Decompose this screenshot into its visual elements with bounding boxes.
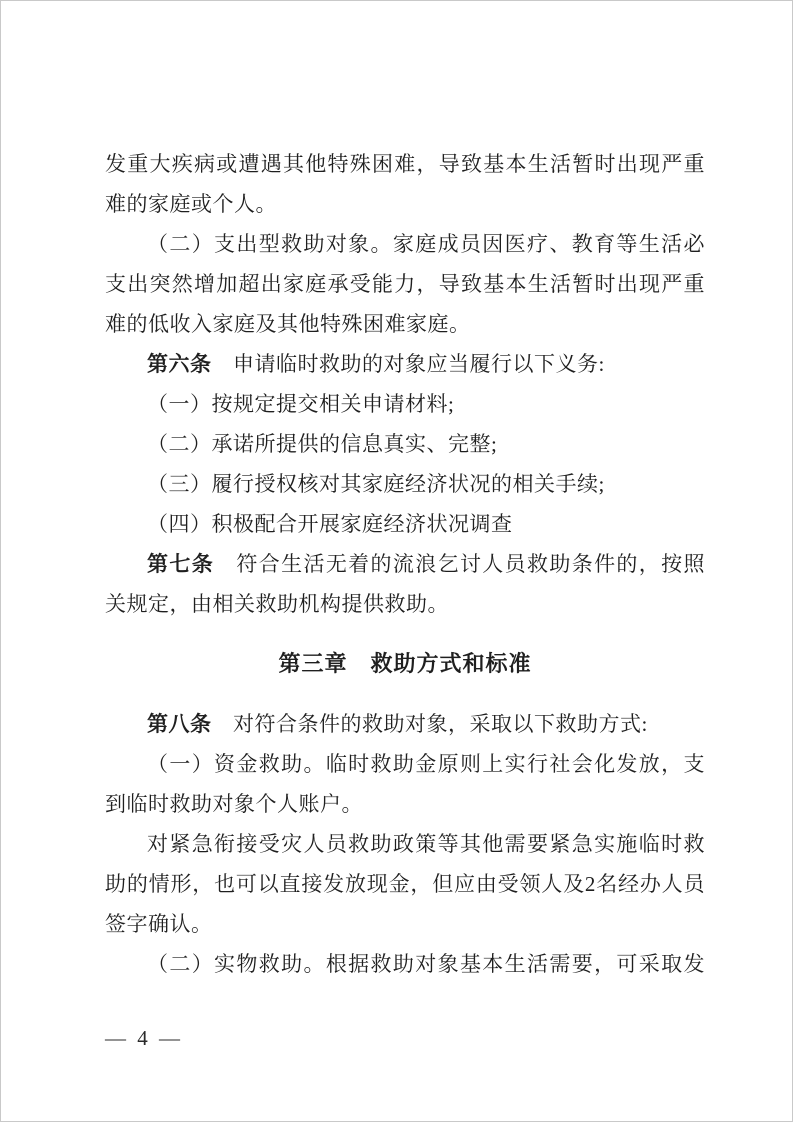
text-run: 对符合条件的救助对象，采取以下救助方式:	[212, 712, 648, 736]
text-run: （一）资金救助。临时救助金原则上实行社会化发放，支付	[105, 752, 705, 784]
text-run: 发重大疾病或遭遇其他特殊困难，导致基本生活暂时出现严重困	[105, 152, 705, 184]
document-line: 难的低收入家庭及其他特殊困难家庭。	[105, 304, 705, 344]
text-run: 到临时救助对象个人账户。	[105, 792, 363, 816]
text-run: 关规定，由相关救助机构提供救助。	[105, 592, 449, 616]
text-run: 申请临时救助的对象应当履行以下义务:	[212, 352, 605, 376]
document-line: （二）支出型救助对象。家庭成员因医疗、教育等生活必需	[105, 224, 705, 264]
document-line: 关规定，由相关救助机构提供救助。	[105, 584, 705, 624]
text-run: 难的家庭或个人。	[105, 192, 277, 216]
document-page: 发重大疾病或遭遇其他特殊困难，导致基本生活暂时出现严重困难的家庭或个人。（二）支…	[0, 0, 793, 1122]
document-line: 到临时救助对象个人账户。	[105, 784, 705, 824]
text-run: （三）履行授权核对其家庭经济状况的相关手续;	[147, 472, 605, 496]
chapter-heading: 第三章 救助方式和标准	[105, 644, 705, 684]
document-body: 发重大疾病或遭遇其他特殊困难，导致基本生活暂时出现严重困难的家庭或个人。（二）支…	[105, 144, 705, 984]
document-line: （一）资金救助。临时救助金原则上实行社会化发放，支付	[105, 744, 705, 784]
document-line: 难的家庭或个人。	[105, 184, 705, 224]
article-number: 第七条	[147, 553, 214, 576]
text-run: （二）支出型救助对象。家庭成员因医疗、教育等生活必需	[105, 232, 705, 264]
document-line: （一）按规定提交相关申请材料;	[105, 384, 705, 424]
chapter-heading-text: 第三章 救助方式和标准	[278, 651, 531, 676]
document-line: 支出突然增加超出家庭承受能力，导致基本生活暂时出现严重困	[105, 264, 705, 304]
text-run: 签字确认。	[105, 912, 213, 936]
page-number: — 4 —	[105, 1018, 183, 1058]
text-run: 难的低收入家庭及其他特殊困难家庭。	[105, 312, 471, 336]
text-run: 助的情形，也可以直接发放现金，但应由受领人及2名经办人员	[105, 872, 705, 896]
text-run: （四）积极配合开展家庭经济状况调查	[147, 512, 513, 536]
document-line: 助的情形，也可以直接发放现金，但应由受领人及2名经办人员	[105, 864, 705, 904]
document-line: （四）积极配合开展家庭经济状况调查	[105, 504, 705, 544]
text-run: 对紧急衔接受灾人员救助政策等其他需要紧急实施临时救	[147, 832, 705, 856]
article-number: 第六条	[147, 353, 212, 376]
text-run: 支出突然增加超出家庭承受能力，导致基本生活暂时出现严重困	[105, 272, 705, 304]
document-line: 第八条 对符合条件的救助对象，采取以下救助方式:	[105, 704, 705, 744]
document-line: （二）承诺所提供的信息真实、完整;	[105, 424, 705, 464]
article-number: 第八条	[147, 713, 212, 736]
document-line: 第七条 符合生活无着的流浪乞讨人员救助条件的，按照有	[105, 544, 705, 584]
text-run: （二）承诺所提供的信息真实、完整;	[147, 432, 497, 456]
text-run: （二）实物救助。根据救助对象基本生活需要，可采取发放	[105, 952, 705, 984]
document-line: （二）实物救助。根据救助对象基本生活需要，可采取发放	[105, 944, 705, 984]
document-line: 第六条 申请临时救助的对象应当履行以下义务:	[105, 344, 705, 384]
document-line: （三）履行授权核对其家庭经济状况的相关手续;	[105, 464, 705, 504]
document-line: 签字确认。	[105, 904, 705, 944]
text-run: （一）按规定提交相关申请材料;	[147, 392, 454, 416]
document-line: 对紧急衔接受灾人员救助政策等其他需要紧急实施临时救	[105, 824, 705, 864]
document-line: 发重大疾病或遭遇其他特殊困难，导致基本生活暂时出现严重困	[105, 144, 705, 184]
